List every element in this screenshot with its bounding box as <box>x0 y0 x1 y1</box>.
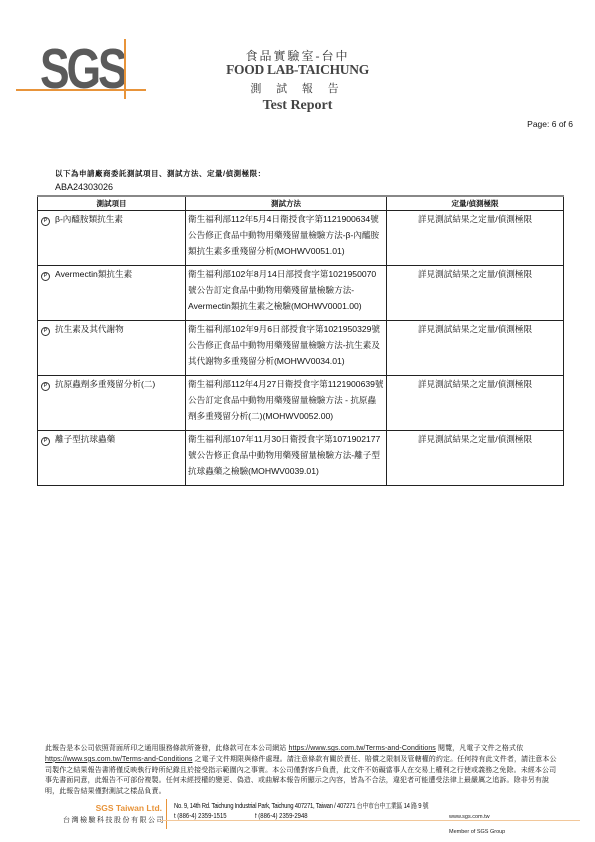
detection-limit: 詳見測試結果之定量/偵測極限 <box>387 376 564 431</box>
table-row: PAvermectin類抗生素衛生福利部102年8月14日部授食字第102195… <box>38 266 564 321</box>
disclaimer-text: 此報告是本公司依照背面所印之通用服務條款所簽發，此條款可在本公司網站 <box>45 745 288 752</box>
test-method: 衛生福利部102年9月6日部授食字第1021950329號公告修正食品中動物用藥… <box>186 321 387 376</box>
company-address: No. 9, 14th Rd. Taichung Industrial Park… <box>174 801 428 811</box>
table-row: P抗生素及其代謝物衛生福利部102年9月6日部授食字第1021950329號公告… <box>38 321 564 376</box>
p-circle-icon: P <box>41 382 50 391</box>
table-row: P抗原蟲劑多重殘留分析(二)衛生福利部112年4月27日衛授食字第1121900… <box>38 376 564 431</box>
table-row: Pβ-內醯胺類抗生素衛生福利部112年5月4日衛授食字第1121900634號公… <box>38 211 564 266</box>
terms-link[interactable]: https://www.sgs.com.tw/Terms-and-Conditi… <box>288 745 435 752</box>
detection-limit: 詳見測試結果之定量/偵測極限 <box>387 211 564 266</box>
test-item: β-內醯胺類抗生素 <box>55 214 123 224</box>
test-item-cell: Pβ-內醯胺類抗生素 <box>38 211 186 266</box>
p-circle-icon: P <box>41 327 50 336</box>
company-fax: f (886-4) 2359-2948 <box>255 813 308 820</box>
test-method: 衛生福利部102年8月14日部授食字第1021950070號公告訂定食品中動物用… <box>186 266 387 321</box>
test-method: 衛生福利部112年4月27日衛授食字第1121900639號公告訂定食品中動物用… <box>186 376 387 431</box>
detection-limit: 詳見測試結果之定量/偵測極限 <box>387 321 564 376</box>
test-item-cell: P離子型抗球蟲藥 <box>38 431 186 486</box>
page-indicator: Page: 6 of 6 <box>527 119 573 129</box>
lab-name-en: FOOD LAB-TAICHUNG <box>0 62 595 78</box>
intro-statement: 以下為申請廠商委託測試項目、測試方法、定量/偵測極限： <box>55 168 266 179</box>
test-method: 衛生福利部112年5月4日衛授食字第1121900634號公告修正食品中動物用藥… <box>186 211 387 266</box>
test-method: 衛生福利部107年11月30日衛授食字第1071902177號公告修正食品中動物… <box>186 431 387 486</box>
header-test-item: 測試項目 <box>38 196 186 211</box>
header-limit: 定量/偵測極限 <box>387 196 564 211</box>
disclaimer: 此報告是本公司依照背面所印之通用服務條款所簽發，此條款可在本公司網站 https… <box>45 744 560 798</box>
test-item: 抗生素及其代謝物 <box>55 324 124 334</box>
table-header-row: 測試項目 測試方法 定量/偵測極限 <box>38 196 564 211</box>
company-name-en: SGS Taiwan Ltd. <box>62 803 162 813</box>
test-item: 抗原蟲劑多重殘留分析(二) <box>55 379 155 389</box>
report-number: ABA24303026 <box>55 182 113 192</box>
test-item-cell: P抗生素及其代謝物 <box>38 321 186 376</box>
disclaimer-text: 閱覽，凡電子文件之格式依 <box>436 745 523 752</box>
company-name-zh: 台灣檢驗科技股份有限公司 <box>40 815 165 825</box>
test-item-cell: P抗原蟲劑多重殘留分析(二) <box>38 376 186 431</box>
detection-limit: 詳見測試結果之定量/偵測極限 <box>387 266 564 321</box>
test-methods-table: 測試項目 測試方法 定量/偵測極限 Pβ-內醯胺類抗生素衛生福利部112年5月4… <box>37 195 564 486</box>
p-circle-icon: P <box>41 217 50 226</box>
terms-link[interactable]: https://www.sgs.com.tw/Terms-and-Conditi… <box>45 756 192 763</box>
footer-divider-horizontal <box>160 820 580 821</box>
p-circle-icon: P <box>41 437 50 446</box>
company-website[interactable]: www.sgs.com.tw <box>449 814 490 820</box>
test-item: Avermectin類抗生素 <box>55 269 132 279</box>
company-phone: t (886-4) 2359-1515 <box>174 813 227 820</box>
header-test-method: 測試方法 <box>186 196 387 211</box>
report-title-en: Test Report <box>0 98 595 114</box>
footer-divider-vertical <box>166 799 167 829</box>
p-circle-icon: P <box>41 272 50 281</box>
detection-limit: 詳見測試結果之定量/偵測極限 <box>387 431 564 486</box>
test-item: 離子型抗球蟲藥 <box>55 434 115 444</box>
table-row: P離子型抗球蟲藥衛生福利部107年11月30日衛授食字第1071902177號公… <box>38 431 564 486</box>
test-item-cell: PAvermectin類抗生素 <box>38 266 186 321</box>
member-of-sgs-group: Member of SGS Group <box>449 829 505 835</box>
report-title-zh: 測 試 報 告 <box>0 80 595 96</box>
